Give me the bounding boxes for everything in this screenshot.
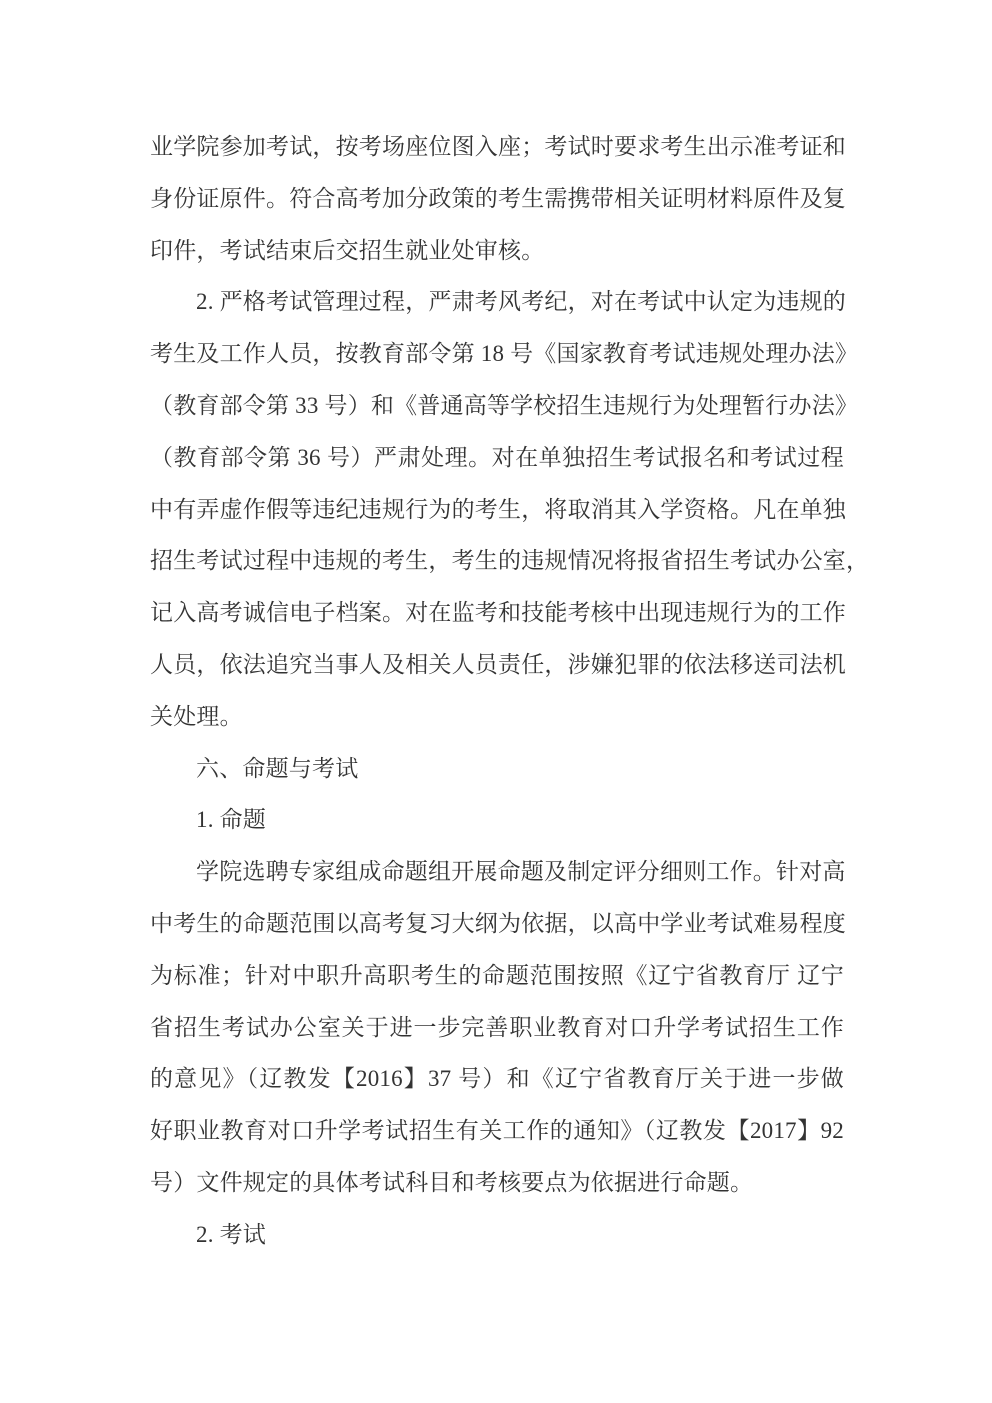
- sub-heading-line: 2. 考试: [150, 1209, 844, 1261]
- text-line: （教育部令第 36 号）严肃处理。对在单独招生考试报名和考试过程: [150, 432, 844, 484]
- paragraph-exam-admission-continued: 业学院参加考试，按考场座位图入座；考试时要求考生出示准考证和 身份证原件。符合高…: [150, 121, 844, 276]
- text-line: 学院选聘专家组成命题组开展命题及制定评分细则工作。针对高: [150, 846, 844, 898]
- heading-item-2-exam: 2. 考试: [150, 1209, 844, 1261]
- text-line: （教育部令第 33 号）和《普通高等学校招生违规行为处理暂行办法》: [150, 380, 844, 432]
- document-page: 业学院参加考试，按考场座位图入座；考试时要求考生出示准考证和 身份证原件。符合高…: [0, 0, 992, 1403]
- text-line: 的意见》（辽教发【2016】37 号）和《辽宁省教育厅关于进一步做: [150, 1053, 844, 1105]
- heading-item-1-proposition: 1. 命题: [150, 794, 844, 846]
- text-line: 记入高考诚信电子档案。对在监考和技能考核中出现违规行为的工作: [150, 587, 844, 639]
- paragraph-proposition-details: 学院选聘专家组成命题组开展命题及制定评分细则工作。针对高 中考生的命题范围以高考…: [150, 846, 844, 1209]
- section-heading-line: 六、命题与考试: [150, 743, 844, 795]
- text-line: 考生及工作人员，按教育部令第 18 号《国家教育考试违规处理办法》: [150, 328, 844, 380]
- sub-heading-line: 1. 命题: [150, 794, 844, 846]
- text-line: 好职业教育对口升学考试招生有关工作的通知》（辽教发【2017】92: [150, 1105, 844, 1157]
- paragraph-exam-discipline: 2. 严格考试管理过程，严肃考风考纪，对在考试中认定为违规的 考生及工作人员，按…: [150, 276, 844, 742]
- text-line: 招生考试过程中违规的考生，考生的违规情况将报省招生考试办公室，: [150, 535, 844, 587]
- text-line: 2. 严格考试管理过程，严肃考风考纪，对在考试中认定为违规的: [150, 276, 844, 328]
- text-line: 为标准；针对中职升高职考生的命题范围按照《辽宁省教育厅 辽宁: [150, 950, 844, 1002]
- text-line: 省招生考试办公室关于进一步完善职业教育对口升学考试招生工作: [150, 1002, 844, 1054]
- text-line: 身份证原件。符合高考加分政策的考生需携带相关证明材料原件及复: [150, 173, 844, 225]
- heading-section-six-proposition-and-exam: 六、命题与考试: [150, 743, 844, 795]
- text-line: 人员，依法追究当事人及相关人员责任，涉嫌犯罪的依法移送司法机: [150, 639, 844, 691]
- text-line: 印件，考试结束后交招生就业处审核。: [150, 225, 844, 277]
- text-line: 中有弄虚作假等违纪违规行为的考生，将取消其入学资格。凡在单独: [150, 484, 844, 536]
- document-body: 业学院参加考试，按考场座位图入座；考试时要求考生出示准考证和 身份证原件。符合高…: [150, 121, 844, 1261]
- text-line: 关处理。: [150, 691, 844, 743]
- text-line: 业学院参加考试，按考场座位图入座；考试时要求考生出示准考证和: [150, 121, 844, 173]
- text-line: 号）文件规定的具体考试科目和考核要点为依据进行命题。: [150, 1157, 844, 1209]
- text-line: 中考生的命题范围以高考复习大纲为依据，以高中学业考试难易程度: [150, 898, 844, 950]
